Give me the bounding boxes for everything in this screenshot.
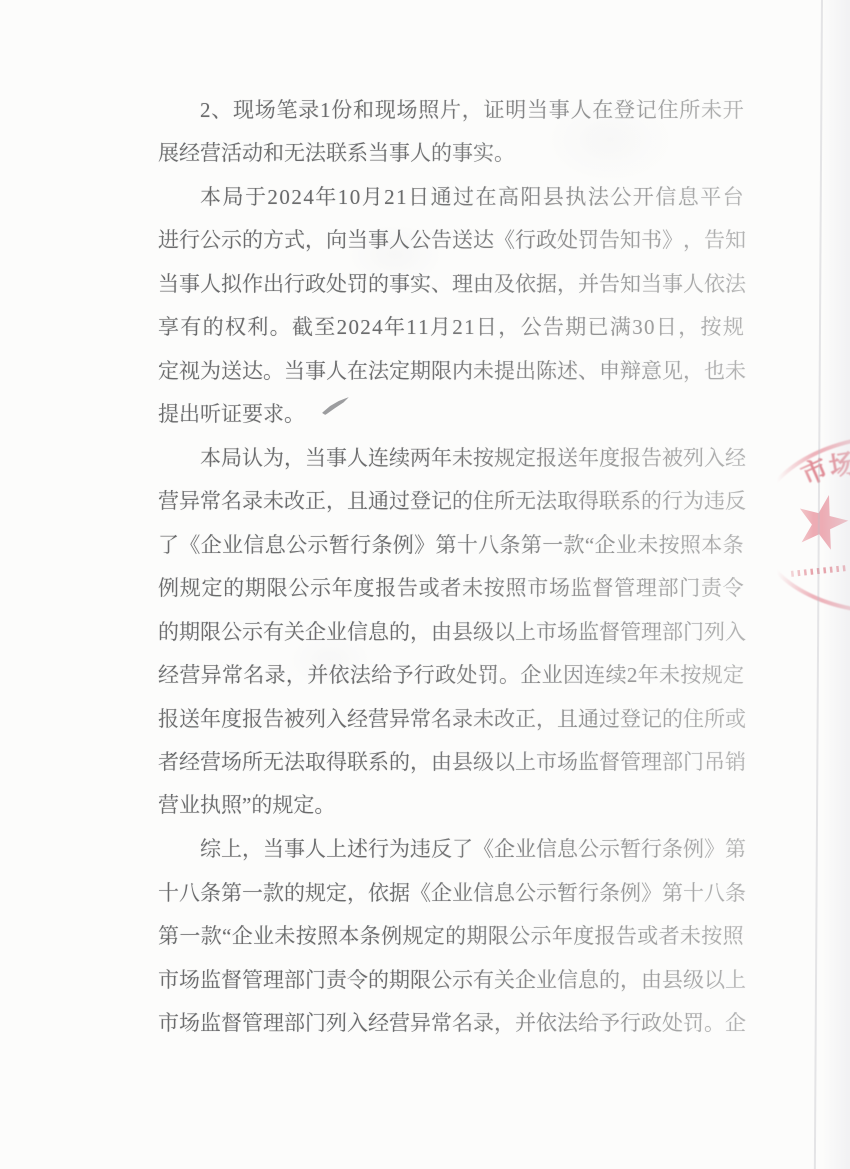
text-line: 十八条第一款的规定，依据《企业信息公示暂行条例》第十八条 [158, 871, 744, 915]
page-edge-strip [822, 0, 850, 1169]
text-line: 进行公示的方式，向当事人公告送达《行政处罚告知书》，告知 [158, 219, 744, 263]
text-line: 报送年度报告被列入经营异常名录未改正，且通过登记的住所或 [158, 697, 744, 741]
text-line: 了《企业信息公示暂行条例》第十八条第一款“企业未按照本条 [158, 523, 744, 567]
text-line: 市场监督管理部门列入经营异常名录，并依法给予行政处罚。企 [158, 1002, 744, 1046]
paragraph-notification: 本局于2024年10月21日通过在高阳县执法公开信息平台 进行公示的方式，向当事… [158, 175, 744, 436]
seal-character: 场 [826, 443, 850, 484]
text-line: 定视为送达。当事人在法定期限内未提出陈述、申辩意见，也未 [158, 349, 744, 393]
seal-character: 市 [795, 448, 834, 492]
text-line: 本局认为，当事人连续两年未按规定报送年度报告被列入经 [158, 436, 744, 480]
text-line: 营异常名录未改正，且通过登记的住所无法取得联系的行为违反 [158, 480, 744, 524]
document-body: 2、现场笔录1份和现场照片，证明当事人在登记住所未开 展经营活动和无法联系当事人… [158, 88, 744, 1045]
text-line: 的期限公示有关企业信息的，由县级以上市场监督管理部门列入 [158, 610, 744, 654]
page-edge-line [814, 0, 823, 1169]
text-line: 营业执照”的规定。 [158, 784, 744, 828]
text-line: 第一款“企业未按照本条例规定的期限公示年度报告或者未按照 [158, 915, 744, 959]
text-line: 享有的权利。截至2024年11月21日，公告期已满30日，按规 [158, 306, 744, 350]
text-line: 者经营场所无法取得联系的，由县级以上市场监督管理部门吊销 [158, 741, 744, 785]
text-line: 综上，当事人上述行为违反了《企业信息公示暂行条例》第 [158, 828, 744, 872]
paragraph-conclusion: 综上，当事人上述行为违反了《企业信息公示暂行条例》第 十八条第一款的规定，依据《… [158, 828, 744, 1046]
scanned-page: { "page": { "background_color": "#fcfcfb… [0, 0, 850, 1169]
official-seal-stamp: 市 场 [755, 425, 850, 615]
seal-ring [755, 429, 850, 615]
text-line: 当事人拟作出行政处罚的事实、理由及依据，并告知当事人依法 [158, 262, 744, 306]
text-line: 展经营活动和无法联系当事人的事实。 [158, 132, 744, 176]
text-line: 经营异常名录，并依法给予行政处罚。企业因连续2年未按规定 [158, 654, 744, 698]
document-page: 2、现场笔录1份和现场照片，证明当事人在登记住所未开 展经营活动和无法联系当事人… [0, 0, 850, 1169]
paragraph-findings: 本局认为，当事人连续两年未按规定报送年度报告被列入经 营异常名录未改正，且通过登… [158, 436, 744, 828]
paragraph-evidence: 2、现场笔录1份和现场照片，证明当事人在登记住所未开 展经营活动和无法联系当事人… [158, 88, 744, 175]
text-line: 例规定的期限公示年度报告或者未按照市场监督管理部门责令 [158, 567, 744, 611]
text-line: 提出听证要求。 [158, 393, 744, 437]
text-line: 市场监督管理部门责令的期限公示有关企业信息的，由县级以上 [158, 958, 744, 1002]
text-line: 本局于2024年10月21日通过在高阳县执法公开信息平台 [158, 175, 744, 219]
text-line: 2、现场笔录1份和现场照片，证明当事人在登记住所未开 [158, 88, 744, 132]
